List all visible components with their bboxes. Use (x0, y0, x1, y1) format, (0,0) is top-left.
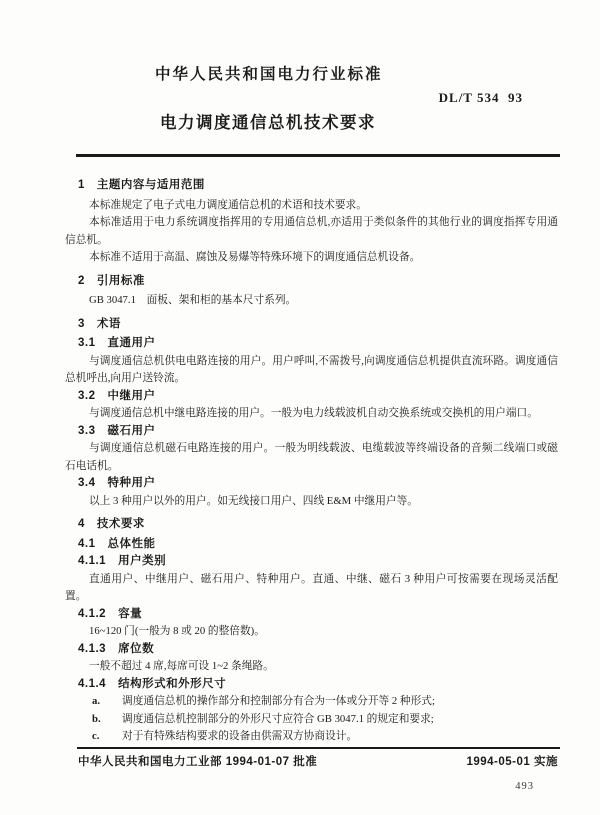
clause-heading: 4.1.1用户类别 (65, 553, 558, 571)
clause-number: 3.1 (78, 337, 96, 349)
block-text: 与调度通信总机中继电路连接的用户。一般为电力线载波机自动交换系统或交换机的用户端… (89, 407, 538, 419)
clause-number: 3.2 (78, 390, 96, 402)
clause-number: 3 (78, 318, 85, 330)
block-text: 磁石用户 (108, 425, 156, 437)
clause-number: 4.1.1 (78, 555, 106, 567)
clause-number: 2 (78, 275, 85, 287)
clause-number: 4 (78, 518, 85, 530)
list-item: c.对于有特殊结构要求的设备由供需双方协商设计。 (65, 728, 558, 746)
block-text: 中继用户 (108, 390, 156, 402)
chapter-heading: 4技术要求 (65, 516, 558, 534)
item-letter: c. (92, 728, 122, 746)
block-text: 16~120 门(一般为 8 或 20 的整倍数)。 (89, 625, 265, 637)
block-text: 与调度通信总机供电电路连接的用户。用户呼叫,不需拨号,向调度通信总机提供直流环路… (65, 355, 558, 385)
list-item: a.调度通信总机的操作部分和控制部分有合为一体或分开等 2 种形式; (65, 693, 558, 711)
block-text: 席位数 (118, 643, 154, 655)
paragraph: 与调度通信总机供电电路连接的用户。用户呼叫,不需拨号,向调度通信总机提供直流环路… (65, 353, 558, 388)
header-divider (76, 154, 560, 157)
clause-heading: 4.1.4结构形式和外形尺寸 (65, 676, 558, 694)
block-text: 本标准规定了电子式电力调度通信总机的术语和技术要求。 (89, 199, 367, 211)
block-text: 本标准不适用于高温、腐蚀及易爆等特殊环境下的调度通信总机设备。 (89, 251, 420, 263)
paragraph: 以上 3 种用户以外的用户。如无线接口用户、四线 E&M 中继用户等。 (65, 493, 558, 511)
block-text: 结构形式和外形尺寸 (118, 678, 226, 690)
document-footer: 中华人民共和国电力工业部 1994-01-07 批准 1994-05-01 实施 (78, 753, 558, 769)
block-text: 本标准适用于电力系统调度指挥用的专用通信总机,亦适用于类似条件的其他行业的调度指… (65, 216, 558, 246)
document-page: 中华人民共和国电力行业标准 DL/T 534 93 电力调度通信总机技术要求 1… (0, 0, 600, 815)
block-text: 以上 3 种用户以外的用户。如无线接口用户、四线 E&M 中继用户等。 (89, 495, 418, 507)
paragraph: 与调度通信总机磁石电路连接的用户。一般为明线载波、电缆载波等终端设备的音频二线端… (65, 440, 558, 475)
block-text: 总体性能 (108, 538, 156, 550)
block-text: GB 3047.1 面板、架和柜的基本尺寸系列。 (89, 294, 296, 306)
footer-divider (77, 747, 560, 749)
clause-number: 3.4 (78, 477, 96, 489)
paragraph: 与调度通信总机中继电路连接的用户。一般为电力线载波机自动交换系统或交换机的用户端… (65, 405, 558, 423)
chapter-heading: 2引用标准 (65, 273, 558, 291)
paragraph: GB 3047.1 面板、架和柜的基本尺寸系列。 (65, 292, 558, 310)
block-text: 特种用户 (108, 477, 156, 489)
clause-heading: 3.3磁石用户 (65, 423, 558, 441)
block-text: 主题内容与适用范围 (97, 179, 205, 191)
block-text: 调度通信总机控制部分的外形尺寸应符合 GB 3047.1 的规定和要求; (122, 713, 434, 725)
block-text: 引用标准 (97, 275, 145, 287)
block-text: 直通用户、中继用户、磁石用户、特种用户。直通、中继、磁石 3 种用户可按需要在现… (65, 573, 558, 603)
clause-number: 4.1.4 (78, 678, 106, 690)
paragraph: 一般不超过 4 席,每席可设 1~2 条绳路。 (65, 658, 558, 676)
paragraph: 本标准规定了电子式电力调度通信总机的术语和技术要求。 (65, 197, 558, 215)
clause-number: 4.1.3 (78, 643, 106, 655)
implementation-note: 1994-05-01 实施 (466, 753, 558, 769)
standard-number: DL/T 534 93 (439, 90, 523, 106)
clause-number: 3.3 (78, 425, 96, 437)
approval-note: 中华人民共和国电力工业部 1994-01-07 批准 (78, 753, 317, 769)
clause-heading: 3.2中继用户 (65, 388, 558, 406)
item-letter: a. (92, 693, 122, 711)
block-text: 直通用户 (108, 337, 156, 349)
block-text: 术语 (97, 318, 121, 330)
chapter-heading: 1主题内容与适用范围 (65, 177, 558, 195)
document-body: 1主题内容与适用范围本标准规定了电子式电力调度通信总机的术语和技术要求。本标准适… (65, 177, 558, 747)
clause-heading: 4.1.2容量 (65, 606, 558, 624)
clause-heading: 3.1直通用户 (65, 335, 558, 353)
clause-number: 1 (78, 179, 85, 191)
clause-number: 4.1 (78, 538, 96, 550)
block-text: 容量 (118, 608, 142, 620)
block-text: 对于有特殊结构要求的设备由供需双方协商设计。 (122, 730, 357, 742)
chapter-heading: 3术语 (65, 316, 558, 334)
standard-type-title: 中华人民共和国电力行业标准 (155, 62, 383, 84)
block-text: 一般不超过 4 席,每席可设 1~2 条绳路。 (89, 660, 274, 672)
block-text: 与调度通信总机磁石电路连接的用户。一般为明线载波、电缆载波等终端设备的音频二线端… (65, 442, 558, 472)
block-text: 调度通信总机的操作部分和控制部分有合为一体或分开等 2 种形式; (122, 695, 435, 707)
paragraph: 本标准不适用于高温、腐蚀及易爆等特殊环境下的调度通信总机设备。 (65, 249, 558, 267)
clause-number: 4.1.2 (78, 608, 106, 620)
clause-heading: 3.4特种用户 (65, 475, 558, 493)
block-text: 用户类别 (118, 555, 166, 567)
list-item: b.调度通信总机控制部分的外形尺寸应符合 GB 3047.1 的规定和要求; (65, 711, 558, 729)
paragraph: 本标准适用于电力系统调度指挥用的专用通信总机,亦适用于类似条件的其他行业的调度指… (65, 214, 558, 249)
clause-heading: 4.1.3席位数 (65, 641, 558, 659)
clause-heading: 4.1总体性能 (65, 536, 558, 554)
page-number: 493 (515, 781, 534, 792)
paragraph: 直通用户、中继用户、磁石用户、特种用户。直通、中继、磁石 3 种用户可按需要在现… (65, 571, 558, 606)
paragraph: 16~120 门(一般为 8 或 20 的整倍数)。 (65, 623, 558, 641)
document-title: 电力调度通信总机技术要求 (160, 109, 376, 133)
block-text: 技术要求 (97, 518, 145, 530)
item-letter: b. (92, 711, 122, 729)
